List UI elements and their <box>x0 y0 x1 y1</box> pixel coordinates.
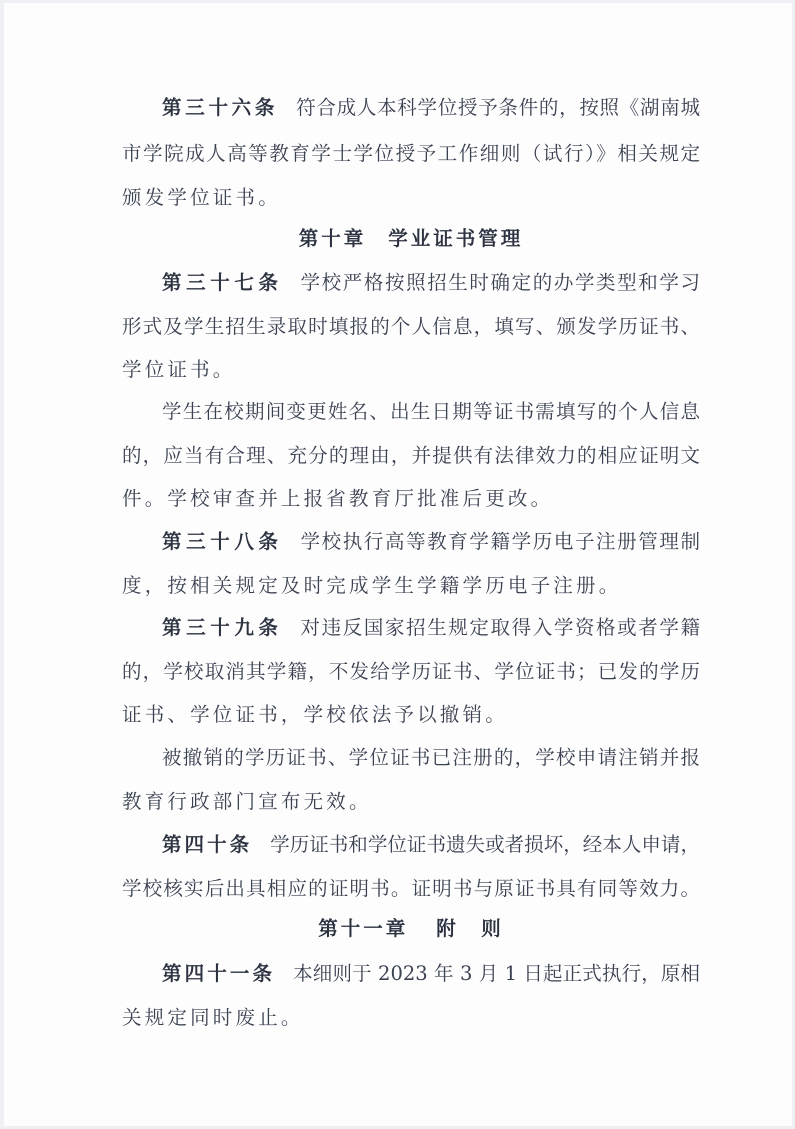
article-text: 学校严格按照招生时确定的办学类型和学习 <box>301 271 700 294</box>
document-page: 第三十六条符合成人本科学位授予条件的，按照《湖南城 市学院成人高等教育学士学位授… <box>4 3 792 1126</box>
article-36-line-1: 第三十六条符合成人本科学位授予条件的，按照《湖南城 <box>122 93 700 123</box>
article-39-line-2: 的，学校取消其学籍，不发给学历证书、学位证书；已发的学历 <box>122 657 700 687</box>
article-37-line-3: 学位证书。 <box>122 355 236 385</box>
chapter-number: 第十章 <box>299 227 367 250</box>
article-39-line-1: 第三十九条对违反国家招生规定取得入学资格或者学籍 <box>122 613 700 643</box>
chapter-10-heading: 第十章学业证书管理 <box>122 224 700 254</box>
chapter-11-heading: 第十一章附 则 <box>122 914 700 944</box>
article-37-p2-line-2: 的，应当有合理、充分的理由，并提供有法律效力的相应证明文 <box>122 441 700 471</box>
article-41-line-2: 关规定同时废止。 <box>122 1003 304 1033</box>
article-number: 第三十七条 <box>162 271 283 294</box>
article-36-line-2: 市学院成人高等教育学士学位授予工作细则（试行）》相关规定 <box>122 139 700 169</box>
article-text: 本细则于 2023 年 3 月 1 日起正式执行，原相 <box>293 962 700 985</box>
chapter-title: 学业证书管理 <box>388 227 523 250</box>
article-text: 符合成人本科学位授予条件的，按照《湖南城 <box>296 96 700 119</box>
article-37-p2-line-3: 件。学校审查并上报省教育厅批准后更改。 <box>122 484 553 514</box>
article-38-line-1: 第三十八条学校执行高等教育学籍学历电子注册管理制 <box>122 527 700 557</box>
article-39-line-3: 证书、学位证书，学校依法予以撤销。 <box>122 700 508 730</box>
article-39-p2-line-1: 被撤销的学历证书、学位证书已注册的，学校申请注销并报 <box>122 743 700 773</box>
chapter-number: 第十一章 <box>318 917 408 940</box>
article-number: 第三十八条 <box>162 530 283 553</box>
article-39-p2-line-2: 教育行政部门宣布无效。 <box>122 787 372 817</box>
chapter-title: 附 则 <box>436 917 504 940</box>
article-37-line-1: 第三十七条学校严格按照招生时确定的办学类型和学习 <box>122 268 700 298</box>
article-38-line-2: 度，按相关规定及时完成学生学籍学历电子注册。 <box>122 571 621 601</box>
article-40-line-2: 学校核实后出具相应的证明书。证明书与原证书具有同等效力。 <box>122 874 700 904</box>
article-number: 第三十六条 <box>162 96 278 119</box>
article-number: 第四十条 <box>162 833 252 856</box>
article-text: 对违反国家招生规定取得入学资格或者学籍 <box>301 616 700 639</box>
article-37-p2-line-1: 学生在校期间变更姓名、出生日期等证书需填写的个人信息 <box>122 397 700 427</box>
article-36-line-3: 颁发学位证书。 <box>122 183 281 213</box>
article-text: 学校执行高等教育学籍学历电子注册管理制 <box>301 530 700 553</box>
article-37-line-2: 形式及学生招生录取时填报的个人信息，填写、颁发学历证书、 <box>122 312 700 342</box>
article-text: 学历证书和学位证书遗失或者损坏，经本人申请， <box>270 833 700 856</box>
article-40-line-1: 第四十条学历证书和学位证书遗失或者损坏，经本人申请， <box>122 830 700 860</box>
article-number: 第四十一条 <box>162 962 275 985</box>
article-number: 第三十九条 <box>162 616 283 639</box>
article-41-line-1: 第四十一条本细则于 2023 年 3 月 1 日起正式执行，原相 <box>122 959 700 989</box>
